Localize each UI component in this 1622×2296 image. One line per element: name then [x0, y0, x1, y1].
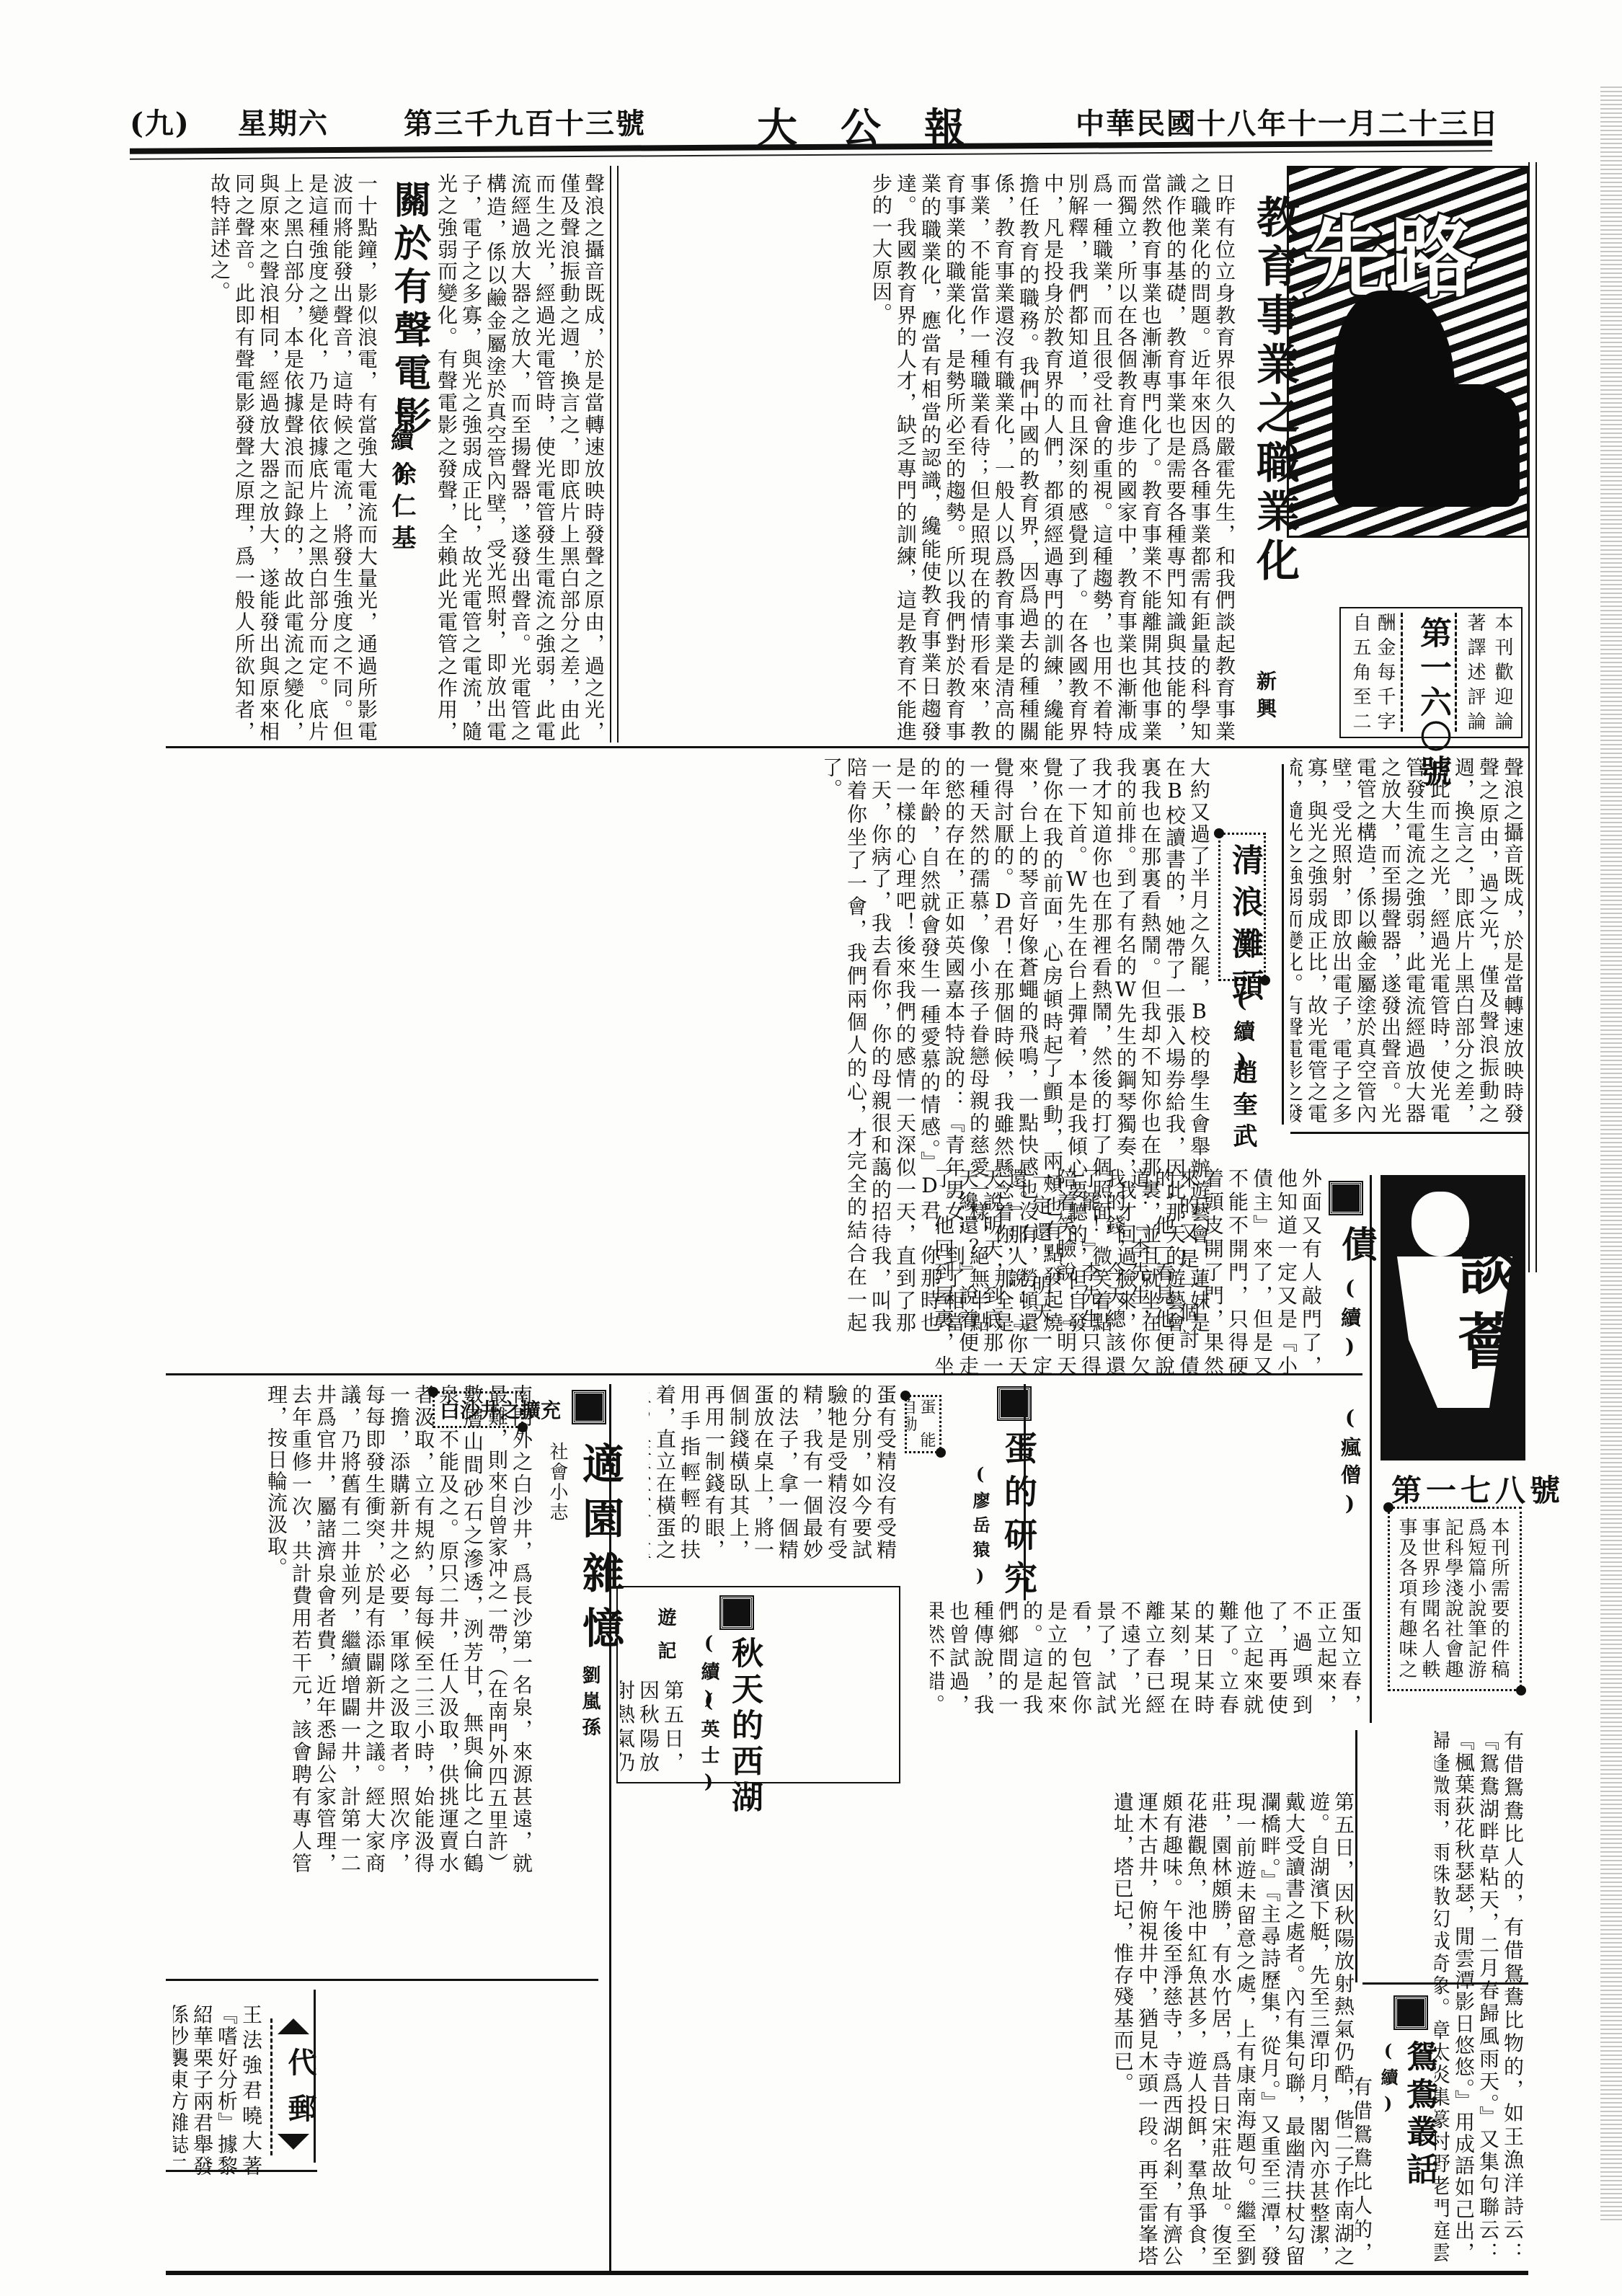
qinglang-title: 清浪灘頭	[1221, 843, 1267, 1011]
education-article-title: 教育事業之職業化	[1244, 195, 1306, 587]
education-article-author: 新興	[1251, 670, 1280, 725]
travel-notes-label: 遊記	[652, 1608, 679, 1674]
column-divider	[1024, 1384, 1026, 1600]
weekday: 星期六	[238, 101, 329, 142]
newspaper-page: (九) 星期六 第三千九百十三號 大公報 中華民國十八年十一月二十三日 先路 酬…	[0, 0, 1622, 2296]
section-rule	[166, 1373, 1362, 1375]
wavy-divider	[1401, 613, 1403, 732]
lichun-body: 蛋知立春，正立起來，不過頭到了，再要使他立起來就難了。立春的某日某時某刻，現在離…	[930, 1600, 1362, 1716]
education-article-body: 日昨有位立身教育界很久的嚴霍先生，和我們談起教育事業之職業化的問題。近年來因爲各…	[627, 173, 1236, 743]
sound-film-conclusion: 聲浪之攝音既成，於是當轉速放映時發聲之原由，過之光，僅及聲浪振動之週，換言之，即…	[1290, 757, 1525, 1125]
social-notes-label: 社會小志	[537, 1442, 570, 1532]
egg-study-title: 蛋的研究	[995, 1431, 1042, 1604]
issue-number: 第三千九百十三號	[404, 101, 646, 142]
debt-story-title: 債	[1331, 1225, 1383, 1267]
autumn-westlake-body: 第五日，因秋陽放射熱氣仍酷，偕二子作南湖之遊。自湖濱下艇，先至三潭印月，閣內亦甚…	[620, 1791, 1355, 2267]
section-marker-icon	[573, 1391, 605, 1423]
daiyou-title: 代郵	[280, 2047, 321, 2140]
column-divider	[1355, 1730, 1357, 1982]
shiyuan-author: 劉嵐孫	[577, 1665, 603, 1743]
daiyou-body: 王法強君曉大著『嗜好分析』據黎紹華栗子兩君舉發係抄襲東方雜誌二十二卷八號吳頌皋所…	[173, 2004, 263, 2177]
shiyuan-body: 南門外之白沙井，爲長沙第一名泉，來源甚遠，就最難，則來自曾家冲之一帶，（在南門外…	[173, 1384, 533, 1874]
publication-date: 中華民國十八年十一月二十三日	[1076, 101, 1499, 142]
section-rule	[166, 746, 1528, 748]
debt-story-author: (瘋僧)	[1335, 1406, 1364, 1522]
tanhui-banner-woodcut: 談薈	[1381, 1175, 1525, 1461]
page-number: (九)	[130, 101, 190, 142]
tanhui-banner-title: 談薈	[1440, 1235, 1525, 1385]
qinglang-author: 趙奎武	[1226, 1060, 1261, 1155]
egg-self-move-label: 蛋能自動	[907, 1399, 936, 1449]
autumn-westlake-intro: 第五日，因秋陽放射熱氣仍酷，偕二子作南湖之遊。自湖濱下艇，先至三潭印月，閣內亦甚…	[620, 1680, 685, 1773]
egg-study-author: (廖岳猿)	[967, 1463, 993, 1593]
section-rule	[1290, 1132, 1528, 1134]
triangle-up-icon	[278, 2018, 309, 2034]
tanhui-notice: 本刊所需要的件稿爲短篇小說筆記游記科學淺說社會趣事世界珍聞名人軼事及各項有趣味之…	[1399, 1517, 1510, 1680]
wavy-divider	[1455, 613, 1457, 732]
right-border	[1528, 162, 1537, 1272]
call-for-submissions: 本刊歡迎論著譯述評論文藝	[1460, 613, 1516, 732]
section-marker-icon	[1395, 1997, 1427, 2029]
yuanyang-continued: (續)	[1375, 2040, 1401, 2121]
yuanyang-body-left: 有借鴛鴦比人的，有借鴛鴦比物的，如王漁洋詩云：『鴛鴦湖畔草粘天，二月春歸風雨天。…	[1355, 2076, 1373, 2264]
triangle-down-icon	[278, 2134, 309, 2150]
debt-story-continued: (續)	[1335, 1276, 1364, 1365]
sound-film-author: 徐仁基	[384, 461, 420, 557]
sound-film-body-right: 聲浪之攝音既成，於是當轉速放映時發聲之原由，過之光，僅及聲浪振動之週，換言之，即…	[433, 173, 606, 743]
sound-film-body-left: 一十點鐘，影似浪電，有當強大電流而大量光，通過所影電波而將能發出聲音，這時候之電…	[173, 173, 378, 743]
bottom-rule	[166, 2170, 317, 2172]
page-bottom-rule	[166, 2271, 1528, 2275]
xianlu-banner-woodcut: 先路	[1287, 166, 1529, 538]
section-marker-icon	[1330, 1182, 1362, 1214]
autumn-westlake-title: 秋天的西湖	[721, 1636, 767, 1817]
section-marker-icon	[721, 1597, 753, 1628]
yuanyang-body-right: 有借鴛鴦比人的，有借鴛鴦比物的，如王漁洋詩云：『鴛鴦湖畔草粘天，二月春歸風雨天。…	[1435, 1730, 1525, 2264]
horse-illustration-icon	[1383, 384, 1520, 507]
tanhui-issue: 第一七八號	[1391, 1467, 1564, 1510]
shiyuan-title: 適園雜憶	[570, 1442, 630, 1661]
autumn-westlake-author: (英士)	[696, 1690, 722, 1800]
column-divider	[610, 166, 619, 743]
debt-story-body-top: 外面又有人敲門了，他知道一定又是『小債主』來了，但是又不能不開門，只得硬着頭皮開…	[930, 1168, 1323, 1377]
page-edge-scan-artifact	[1600, 87, 1622, 2220]
egg-study-body: 蛋有受精沒有受精的分別，如今要試驗牠是受精沒有受精，我有一個最妙的法子，拿一個精…	[649, 1384, 898, 1561]
wavy-divider	[270, 2018, 272, 2155]
column-divider	[1282, 764, 1284, 1125]
payment-info: 酬金每千字自五角至二元	[1347, 613, 1397, 732]
section-rule	[166, 1979, 598, 1981]
